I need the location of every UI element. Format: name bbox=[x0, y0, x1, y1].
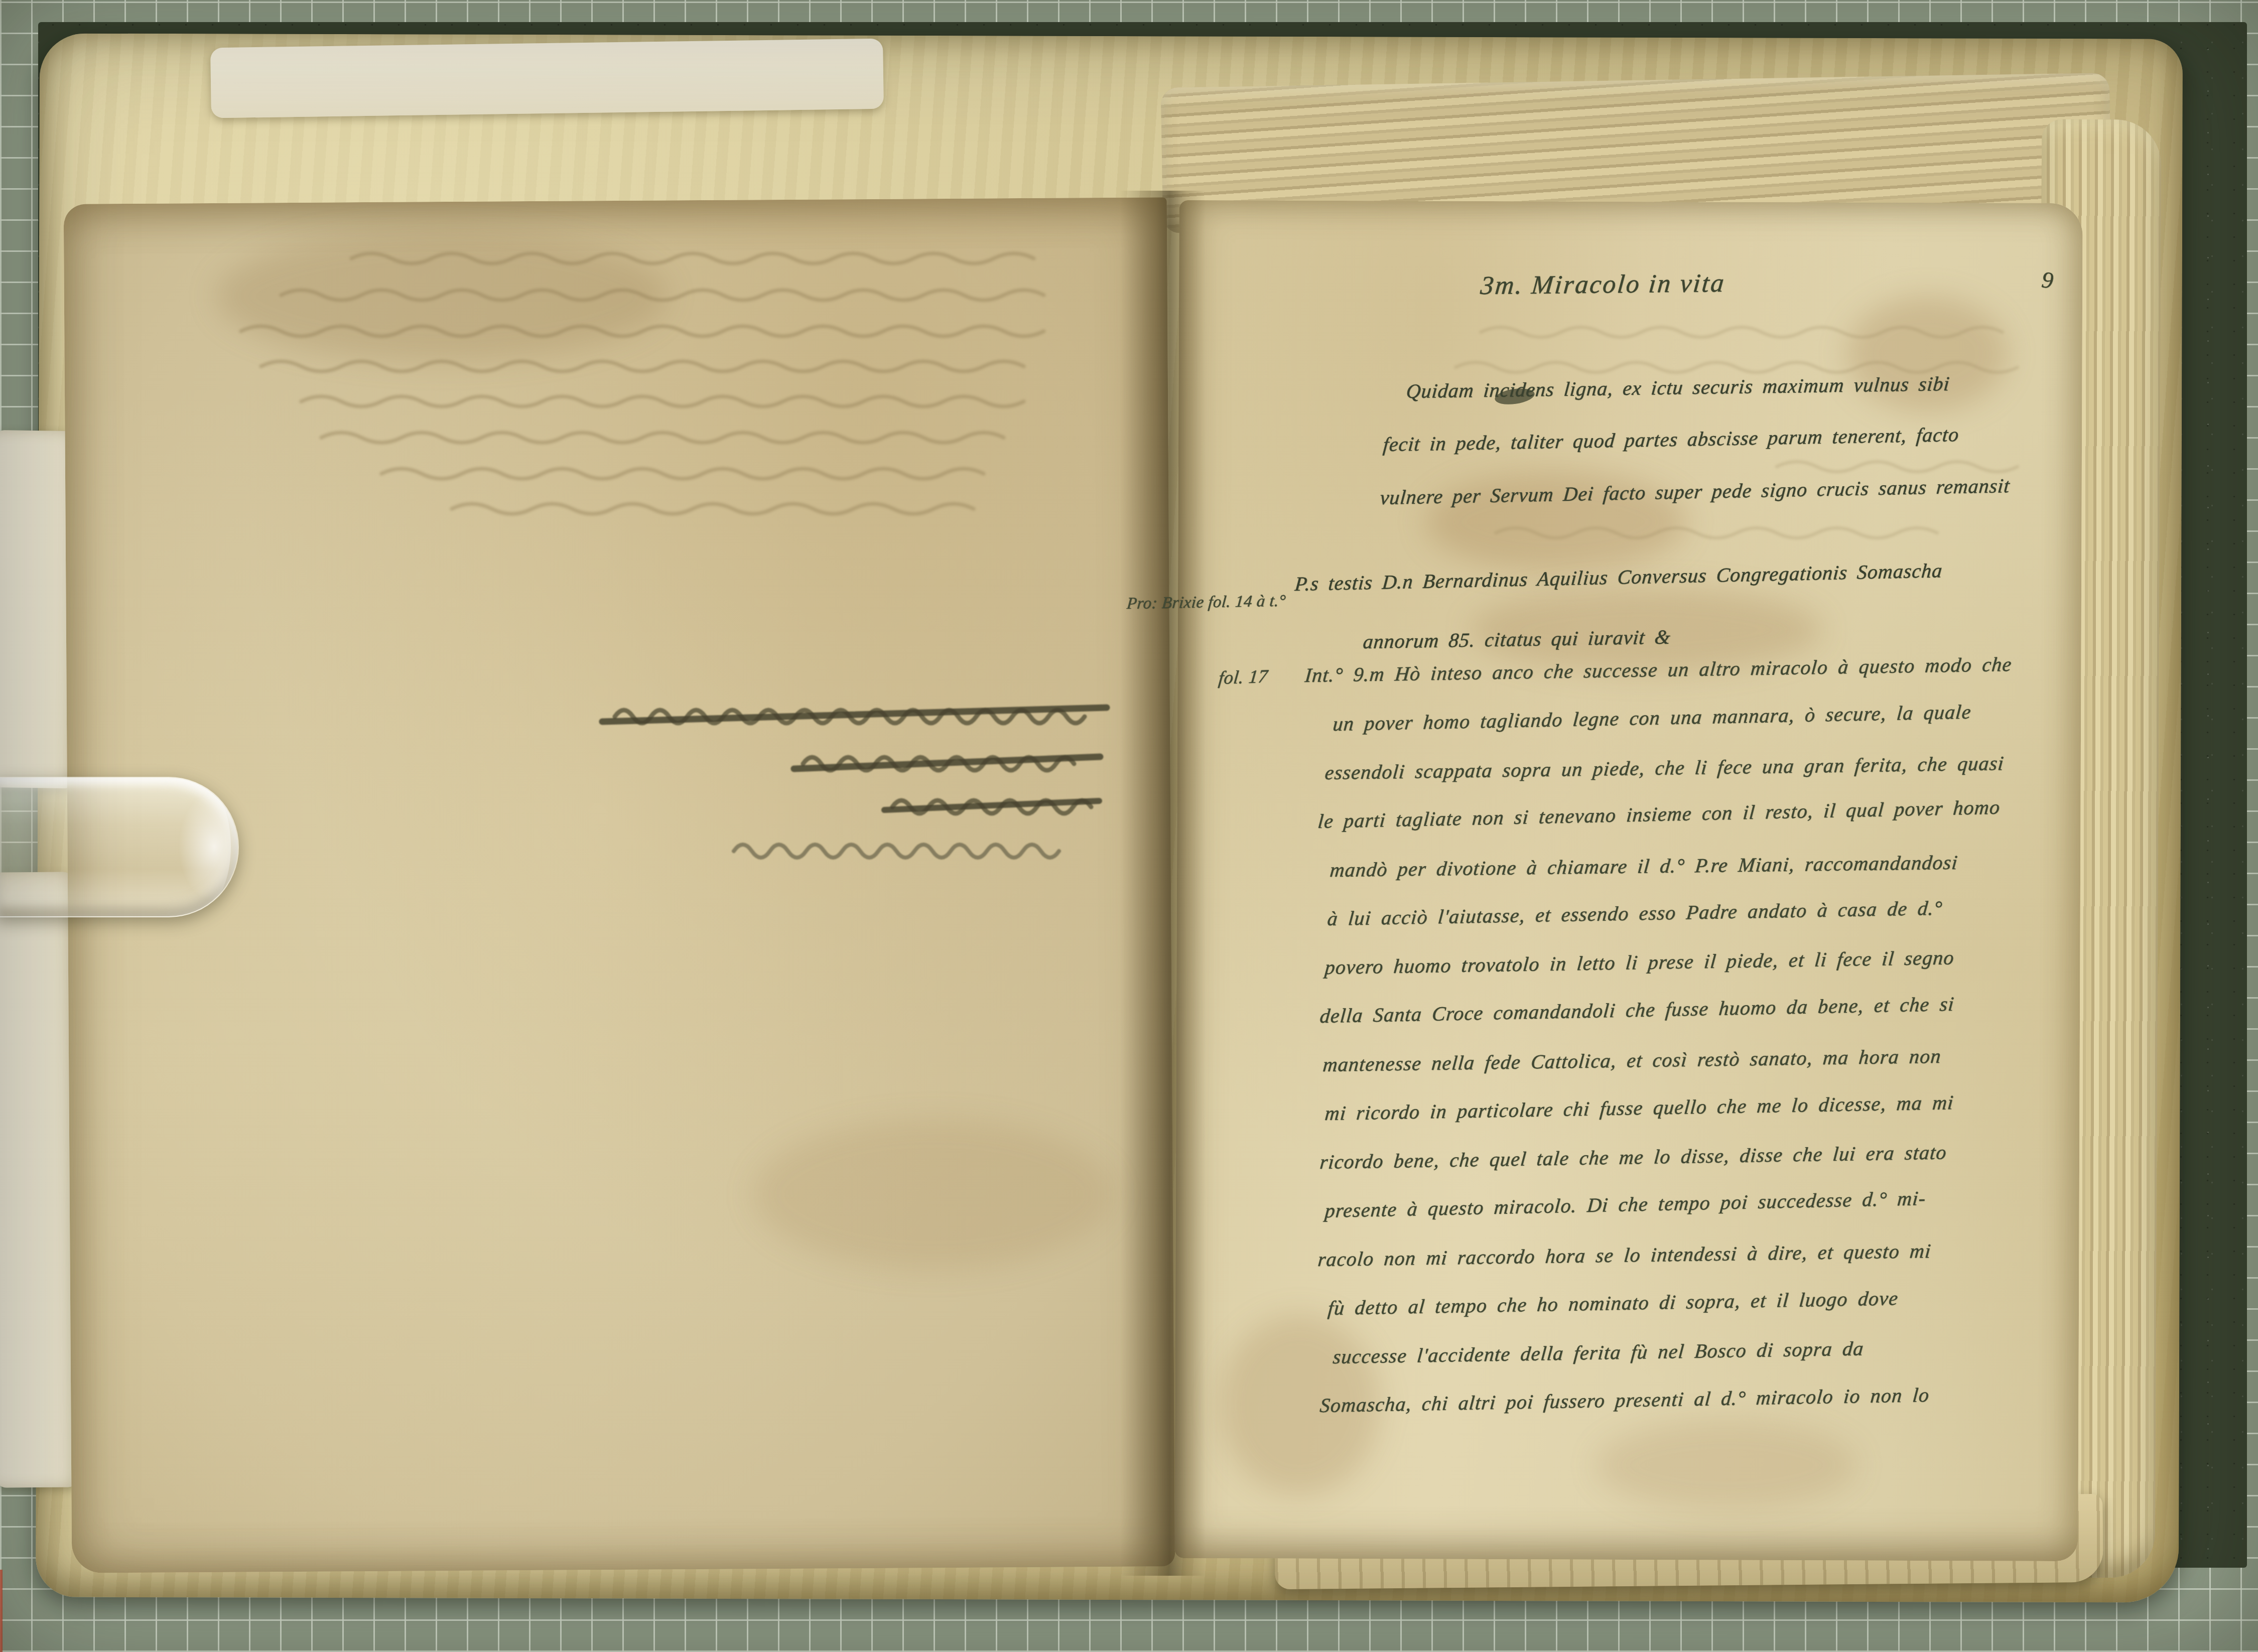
book-gutter-shadow bbox=[1120, 191, 1206, 1576]
margin-note-folio: fol. 17 bbox=[1218, 665, 1269, 689]
margin-note-reference: Pro: Brixie fol. 14 à t.° bbox=[1126, 592, 1286, 613]
cloth-strip-lower bbox=[0, 872, 79, 1487]
glass-page-weight bbox=[0, 777, 239, 917]
page-heading: 3m. Miracolo in vita bbox=[1479, 268, 1726, 301]
stain bbox=[1596, 1420, 1857, 1510]
loose-sheet-edge bbox=[210, 39, 884, 118]
stain bbox=[216, 231, 668, 361]
left-page bbox=[64, 197, 1175, 1573]
witness-intro-line: annorum 85. citatus qui iuravit & bbox=[1362, 625, 1672, 653]
film-edge-mark bbox=[0, 1570, 3, 1652]
stain bbox=[753, 1119, 1114, 1270]
manuscript-photograph: 3m. Miracolo in vita 9 Quidam incidens l… bbox=[0, 0, 2258, 1652]
